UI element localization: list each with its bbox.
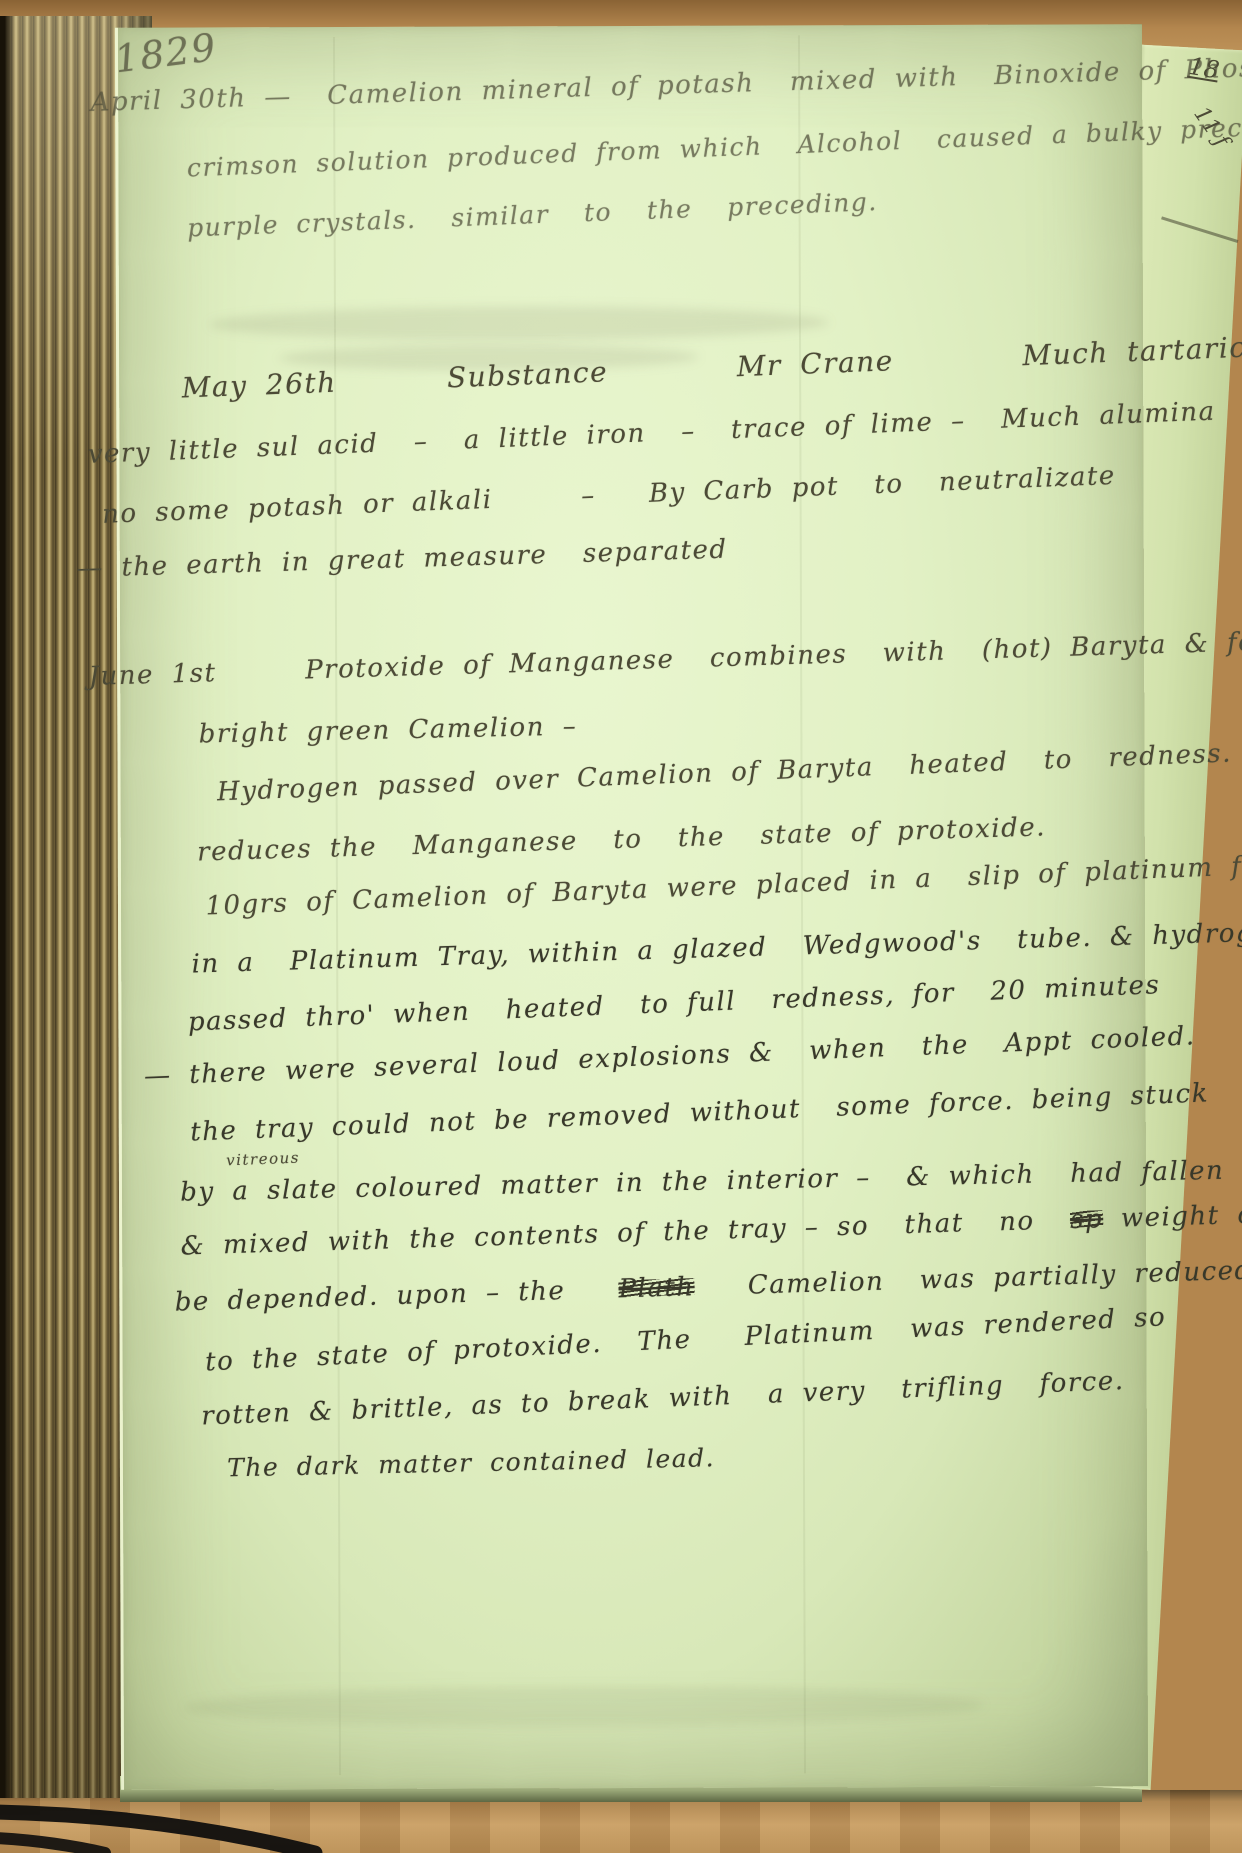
page-fold-line (798, 35, 806, 1773)
manuscript-line: Hydrogen passed over Camelion of Baryta … (217, 738, 1233, 807)
manuscript-line: vitreous (226, 1149, 300, 1170)
manuscript-line: to the state of protoxide. The Platinum … (205, 1302, 1167, 1377)
manuscript-line: crimson solution produced from which Alc… (186, 109, 1242, 182)
manuscript-line: April 30th — Camelion mineral of potash … (90, 53, 1242, 118)
manuscript-line: The dark matter contained lead. (227, 1443, 715, 1482)
manuscript-line: — the earth in great measure separated (76, 535, 728, 584)
manuscript-line: bright green Camelion – (198, 712, 577, 750)
manuscript-line: & mixed with the contents of the tray – … (180, 1198, 1242, 1262)
margin-rule (1161, 216, 1238, 243)
photo-scene: 18 11 ƒ 1829April 30th — Camelion minera… (0, 0, 1242, 1853)
manuscript-line: purple crystals. similar to the precedin… (187, 187, 879, 243)
manuscript-line: by a slate coloured matter in the interi… (180, 1154, 1242, 1207)
ink-showthrough-smudge (209, 305, 829, 341)
page-shadow-smudge (184, 1685, 984, 1728)
manuscript-line: no some potash or alkali – By Carb pot t… (102, 461, 1117, 530)
manuscript-line: reduces the Manganese to the state of pr… (197, 812, 1047, 867)
crossed-out-word: Plath (618, 1272, 695, 1304)
manuscript-line: June 1st Protoxide of Manganese combines… (88, 626, 1242, 692)
manuscript-line: in a Platinum Tray, within a glazed Wedg… (191, 917, 1242, 980)
manuscript-page: 1829April 30th — Camelion mineral of pot… (115, 24, 1148, 1790)
manuscript-line: May 26th Substance Mr Crane Much tartari… (181, 328, 1242, 405)
manuscript-line: very little sul acid – a little iron – t… (87, 397, 1216, 470)
black-cord (0, 1786, 330, 1853)
crossed-out-word: sp (1070, 1204, 1104, 1235)
manuscript-line: the tray could not be removed without so… (190, 1078, 1210, 1147)
manuscript-line: 1829 (112, 25, 219, 82)
